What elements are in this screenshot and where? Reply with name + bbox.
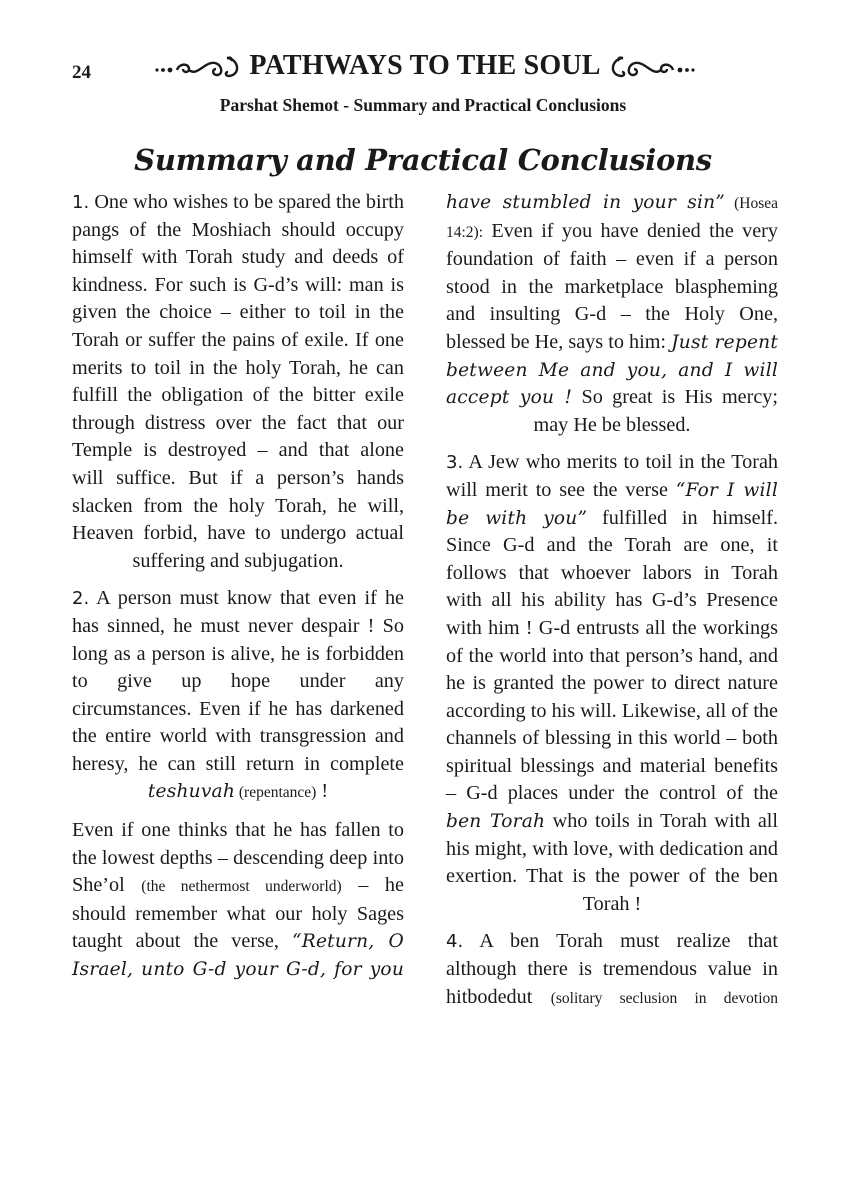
paragraph-text: ! xyxy=(316,780,328,802)
italic-term: teshuvah xyxy=(148,781,235,802)
right-column: have stumbled in your sin” (Hosea 14:2):… xyxy=(446,189,778,1012)
paragraph-3: Even if one thinks that he has fallen to… xyxy=(72,817,404,984)
paragraph-text: fulfilled in himself. Since G-d and the … xyxy=(446,507,778,805)
gloss: (the nethermost underworld) xyxy=(141,878,341,895)
verse-quote: have stumbled in your sin” xyxy=(446,192,725,213)
paragraph-4: 3. A Jew who merits to toil in the Torah… xyxy=(446,449,778,918)
paragraph-5: 4. A ben Torah must realize that althoug… xyxy=(446,928,778,1012)
scroll-flourish-right-icon xyxy=(605,51,697,81)
running-head: PATHWAYS TO THE SOUL xyxy=(130,50,720,82)
gloss: (repentance) xyxy=(235,784,316,801)
item-number: 4. xyxy=(446,931,463,952)
paragraph-3-continued: have stumbled in your sin” (Hosea 14:2):… xyxy=(446,189,778,439)
page-number: 24 xyxy=(72,62,91,84)
paragraph-text: A person must know that even if he has s… xyxy=(72,587,404,775)
gloss: (solitary seclusion in devotion xyxy=(551,990,778,1007)
section-title: Summary and Practical Conclusions xyxy=(0,143,846,177)
left-column: 1. One who wishes to be spared the birth… xyxy=(72,189,404,984)
item-number: 3. xyxy=(446,452,463,473)
paragraph-text: One who wishes to be spared the birth pa… xyxy=(72,191,404,572)
item-number: 1. xyxy=(72,192,89,213)
chapter-subheading: Parshat Shemot - Summary and Practical C… xyxy=(0,95,846,116)
book-title: PATHWAYS TO THE SOUL xyxy=(249,50,600,82)
paragraph-2: 2. A person must know that even if he ha… xyxy=(72,585,404,807)
paragraph-1: 1. One who wishes to be spared the birth… xyxy=(72,189,404,575)
scroll-flourish-left-icon xyxy=(153,51,245,81)
item-number: 2. xyxy=(72,588,89,609)
italic-term: ben Torah xyxy=(446,811,545,832)
